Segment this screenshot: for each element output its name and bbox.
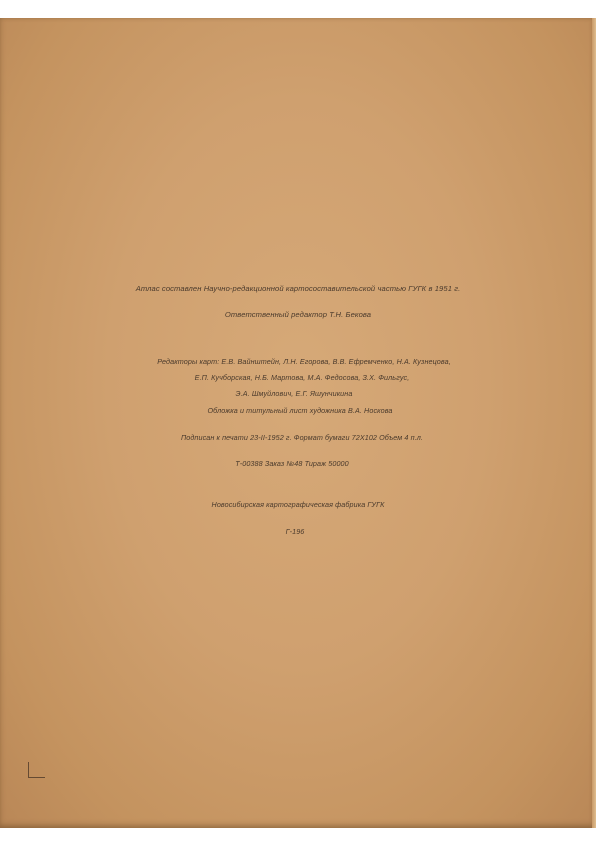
- print-details: Подписан к печати 23-II-1952 г. Формат б…: [4, 433, 600, 442]
- cover-artist: Обложка и титульный лист художника В.А. …: [2, 406, 598, 415]
- order-circulation: Т-00388 Заказ №48 Тираж 50000: [0, 459, 590, 468]
- compiler-statement: Атлас составлен Научно-редакционной карт…: [0, 284, 596, 293]
- map-editors-line-3: Э.А. Шмуйлович, Е.Г. Яшунчикина: [0, 389, 592, 398]
- map-editors-line-2: Е.П. Кучборская, Н.Б. Мартова, М.А. Федо…: [4, 373, 600, 382]
- crop-corner-mark: [28, 762, 45, 778]
- responsible-editor: Ответственный редактор Т.Н. Бекова: [0, 310, 596, 319]
- map-editors-line-1: Редакторы карт: Е.В. Вайнштейн, Л.Н. Его…: [6, 357, 600, 366]
- catalog-code: Г-196: [0, 527, 593, 536]
- scanned-page: Атлас составлен Научно-редакционной карт…: [0, 18, 596, 828]
- printing-house: Новосибирская картографическая фабрика Г…: [0, 500, 596, 509]
